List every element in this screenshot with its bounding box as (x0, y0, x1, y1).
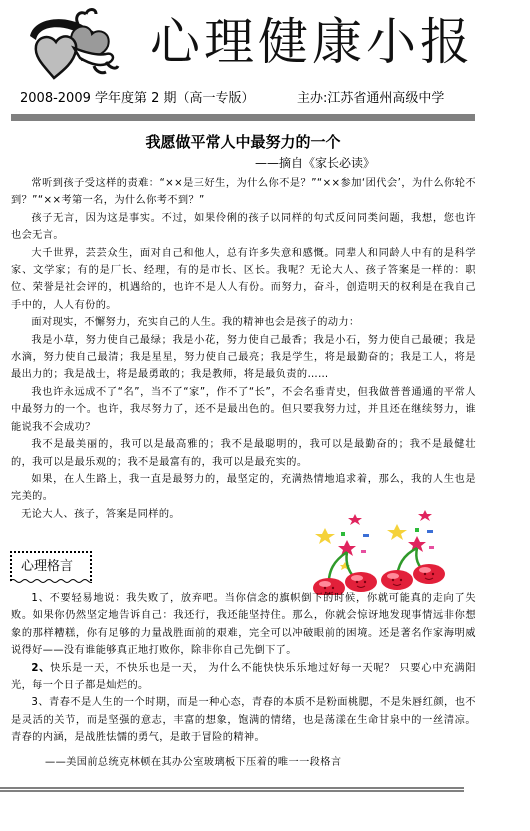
wavy-underline (10, 578, 92, 584)
motto-section-label: 心理格言 (21, 557, 73, 577)
maxim-item: 1、不要轻易地说：我失败了，放弃吧。当你信念的旗帜倒下的时候，你就可能真的走向了… (11, 590, 476, 660)
maxim-item: 3、青春不是人生的一个时期，而是一种心态，青春的本质不是粉面桃腮，不是朱唇红颜，… (11, 694, 476, 746)
article-paragraph: 孩子无言，因为这是事实。不过，如果伶俐的孩子以同样的句式反问同类问题，我想，您也… (11, 210, 476, 245)
header-divider (11, 114, 475, 121)
motto-section-header: 心理格言 (10, 551, 92, 581)
newspaper-title: 心理健康小报 (150, 10, 474, 74)
maxim-text: 青春不是人生的一个时期，而是一种心态，青春的本质不是粉面桃腮，不是朱唇红颜，也不… (11, 697, 476, 743)
maxim-number: 3、 (31, 697, 49, 708)
maxims-list: 1、不要轻易地说：我失败了，放弃吧。当你信念的旗帜倒下的时候，你就可能真的走向了… (11, 590, 476, 747)
article-body: 常听到孩子受这样的责难：“××是三好生，为什么你不是？”“××参加‘团代会’，为… (11, 175, 476, 523)
maxim-number: 1、 (31, 593, 49, 604)
article-paragraph: 我是小草，努力使自己最绿；我是小花，努力使自己最香；我是小石，努力使自己最硬；我… (11, 332, 476, 384)
publisher-info: 主办:江苏省通州高级中学 (297, 90, 444, 108)
maxim-number: 2、 (31, 663, 50, 674)
smiling-cherries-icon (305, 510, 455, 595)
article-paragraph: 面对现实，不懈努力，充实自己的人生。我的精神也会是孩子的动力： (11, 314, 476, 331)
maxim-attribution: ——美国前总统克林顿在其办公室玻璃板下压着的唯一一段格言 (45, 755, 341, 771)
article-source: ——摘自《家长必读》 (255, 154, 375, 172)
masthead: 心理健康小报 2008-2009 学年度第 2 期（高一专版） 主办:江苏省通州… (0, 0, 530, 90)
article-paragraph: 大千世界，芸芸众生，面对自己和他人，总有许多失意和感慨。同辈人和同龄人中有的是科… (11, 245, 476, 315)
article-title: 我愿做平常人中最努力的一个 (0, 131, 486, 153)
maxim-text: 快乐是一天，不快乐也是一天， 为什么不能快快乐乐地过好每一天呢？ 只要心中充满阳… (11, 663, 476, 691)
article-paragraph: 如果，在人生路上，我一直是最努力的，最坚定的，充满热情地追求着，那么，我的人生也… (11, 471, 476, 506)
maxim-item: 2、快乐是一天，不快乐也是一天， 为什么不能快快乐乐地过好每一天呢？ 只要心中充… (11, 660, 476, 695)
hearts-ribbon-icon (24, 6, 120, 84)
article-paragraph: 常听到孩子受这样的责难：“××是三好生，为什么你不是？”“××参加‘团代会’，为… (11, 175, 476, 210)
maxim-text: 不要轻易地说：我失败了，放弃吧。当你信念的旗帜倒下的时候，你就可能真的走向了失败… (11, 593, 476, 656)
footer-double-rule (0, 787, 464, 792)
article-paragraph: 我也许永远成不了“名”，当不了“家”，作不了“长”，不会名垂青史，但我做普普通通… (11, 384, 476, 436)
article-paragraph: 我不是最美丽的，我可以是最高雅的；我不是最聪明的，我可以是最勤奋的；我不是最健壮… (11, 436, 476, 471)
issue-info: 2008-2009 学年度第 2 期（高一专版） (20, 90, 255, 108)
